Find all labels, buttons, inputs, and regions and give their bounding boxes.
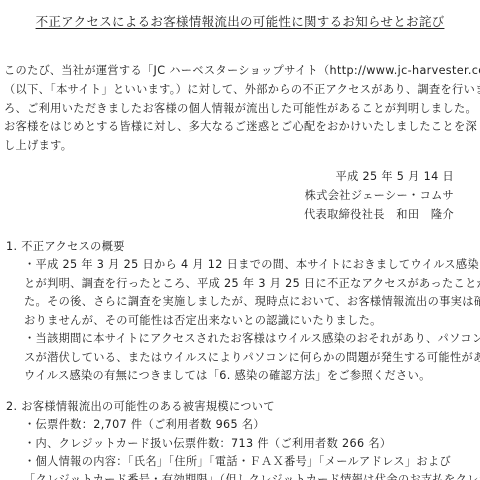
intro-line: お客様をはじめとする皆様に対し、多大なるご迷惑とご心配をおかけいたしましたことを… — [4, 120, 480, 134]
intro-line: このたび、当社が運営する「JC ハーベスターショップサイト（http://www… — [4, 64, 480, 78]
intro-line: ろ、ご利用いただきましたお客様の個人情報が流出した可能性があることが判明しました… — [4, 102, 477, 116]
signature-company: 株式会社ジェーシー・コムサ — [305, 189, 454, 203]
section-heading: 1. 不正アクセスの概要 — [6, 240, 125, 254]
section-line: 「クレジットカード番号・有効期限」（但しクレジットカード情報は代金のお支払をクレ… — [24, 473, 480, 480]
intro-line: （以下、「本サイト」といいます。）に対して、外部からの不正アクセスがあり、調査を… — [4, 83, 480, 97]
section-line: ・当該期間に本サイトにアクセスされたお客様はウイルス感染のおそれがあり、パソコン… — [24, 332, 480, 346]
section-line: ・平成 25 年 3 月 25 日から 4 月 12 日までの間、本サイトにおき… — [24, 258, 480, 272]
section-line: とが判明、調査を行ったところ、平成 25 年 3 月 25 日に不正なアクセスが… — [24, 277, 480, 291]
section-line: おりませんが、その可能性は否定出来ないとの認識にいたりました。 — [24, 314, 382, 328]
section-line: ・伝票件数：2,707 件（ご利用者数 965 名） — [24, 418, 265, 432]
section-line: スが潜伏している、またはウイルスによりパソコンに何らかの問題が発生する可能性があ… — [24, 351, 480, 365]
section-line: ・個人情報の内容：「氏名」「住所」「電話・ＦＡＸ番号」「メールアドレス」および — [24, 455, 451, 469]
intro-line: し上げます。 — [4, 139, 72, 153]
section-line: ウイルス感染の有無につきましては「6. 感染の確認方法」をご参照ください。 — [24, 369, 431, 383]
section-heading: 2. お客様情報流出の可能性のある被害規模について — [6, 400, 275, 414]
section-line: た。その後、さらに調査を実施しましたが、現時点において、お客様情報流出の事実は確… — [24, 295, 480, 309]
section-line: ・内、クレジットカード扱い伝票件数：713 件（ご利用者数 266 名） — [24, 437, 391, 451]
signature-date: 平成 25 年 5 月 14 日 — [336, 170, 454, 184]
document-title: 不正アクセスによるお客様情報流出の可能性に関するお知らせとお詫び — [0, 12, 480, 30]
signature-representative: 代表取締役社長 和田 隆介 — [304, 208, 454, 222]
